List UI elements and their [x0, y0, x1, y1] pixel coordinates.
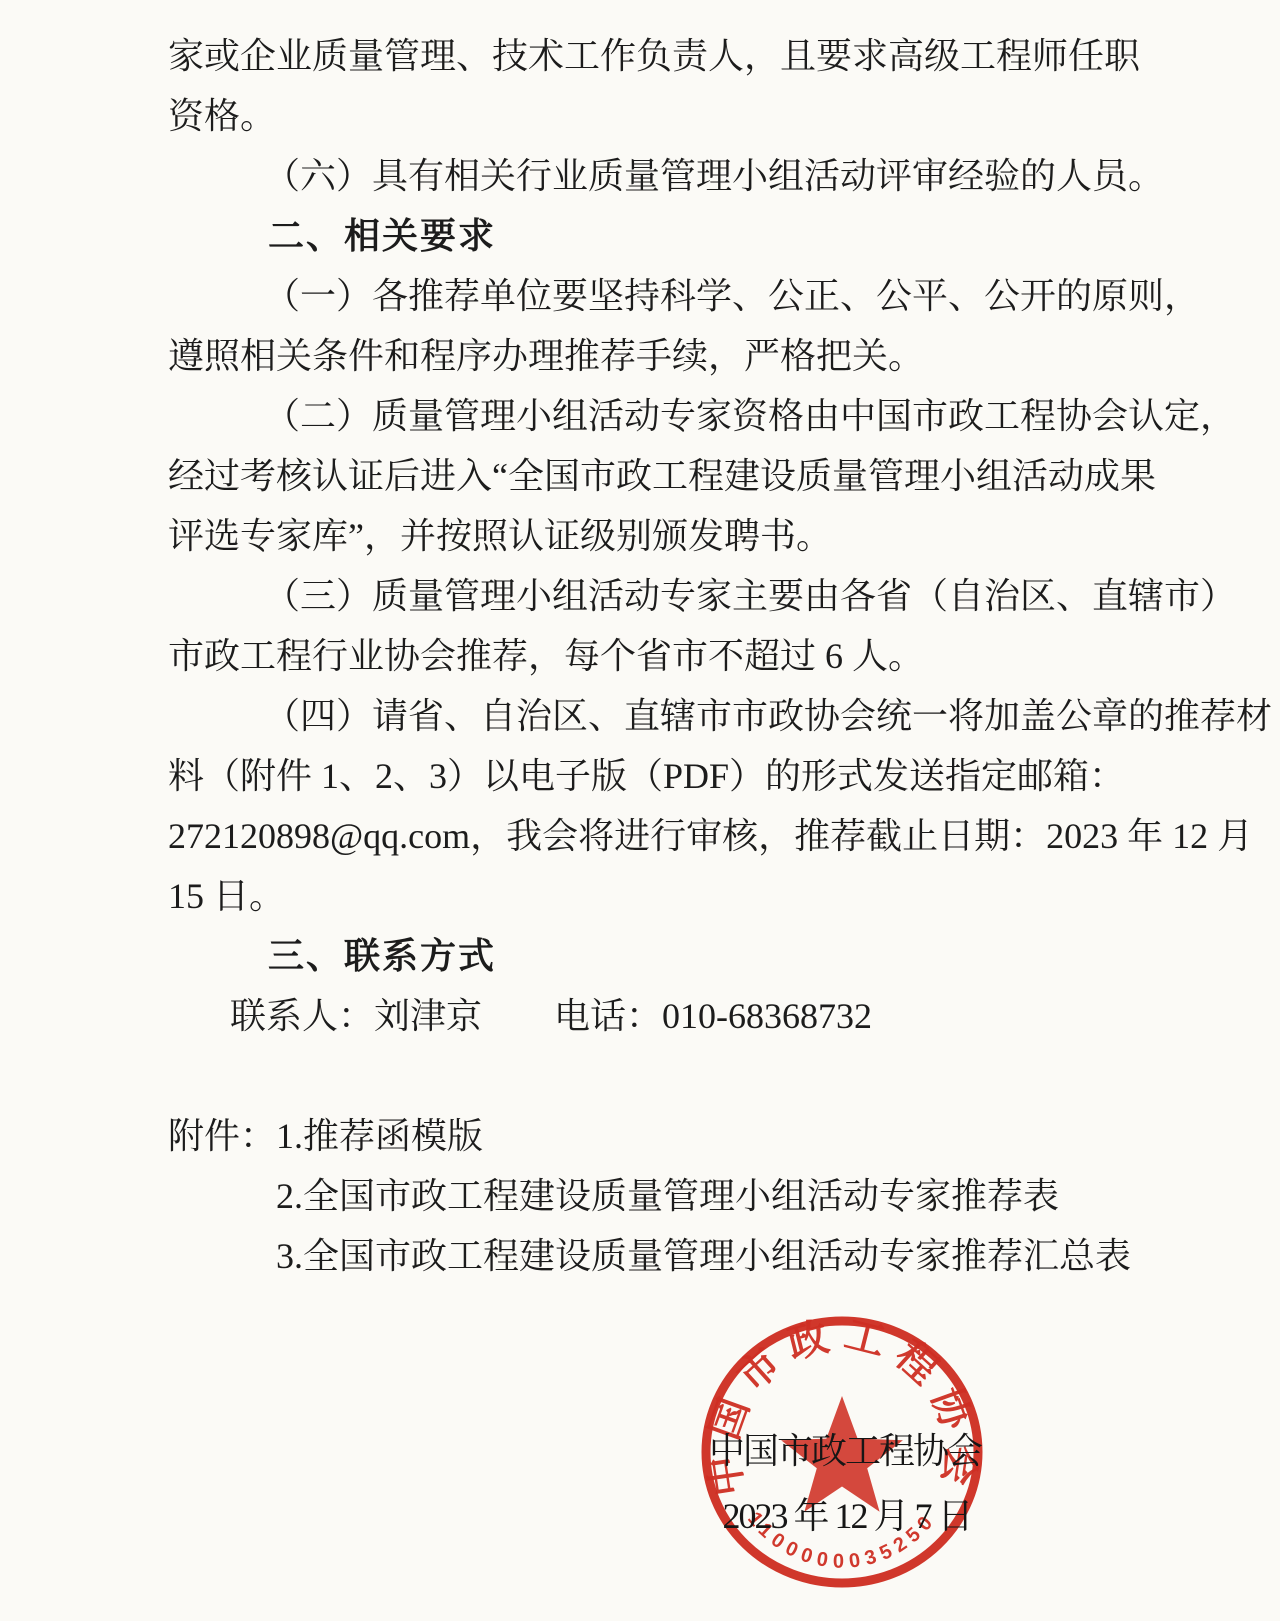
- body-line: （三）质量管理小组活动专家主要由各省（自治区、直辖市）: [168, 566, 1240, 626]
- body-line: （四）请省、自治区、直辖市市政协会统一将加盖公章的推荐材: [168, 686, 1240, 746]
- body-line: 遵照相关条件和程序办理推荐手续，严格把关。: [168, 326, 1240, 386]
- attachment-item-line: 3.全国市政工程建设质量管理小组活动专家推荐汇总表: [168, 1226, 1240, 1286]
- attachments-label-line: 附件：1.推荐函模版: [168, 1106, 1240, 1166]
- attachment-item-line: 2.全国市政工程建设质量管理小组活动专家推荐表: [168, 1166, 1240, 1226]
- body-line: 资格。: [168, 86, 1240, 146]
- body-line-email: 272120898@qq.com，我会将进行审核，推荐截止日期：2023 年 1…: [168, 806, 1240, 866]
- body-line: 15 日。: [168, 866, 1240, 926]
- body-line: 市政工程行业协会推荐，每个省市不超过 6 人。: [168, 626, 1240, 686]
- body-line: 家或企业质量管理、技术工作负责人，且要求高级工程师任职: [168, 26, 1240, 86]
- section-heading-requirements: 二、相关要求: [168, 206, 1240, 266]
- body-line: （二）质量管理小组活动专家资格由中国市政工程协会认定，: [168, 386, 1240, 446]
- body-line: 经过考核认证后进入“全国市政工程建设质量管理小组活动成果: [168, 446, 1240, 506]
- signature-date: 2023 年 12 月 7 日: [722, 1488, 971, 1539]
- section-heading-contact: 三、联系方式: [168, 926, 1240, 986]
- body-line: 料（附件 1、2、3）以电子版（PDF）的形式发送指定邮箱：: [168, 746, 1240, 806]
- body-line: （六）具有相关行业质量管理小组活动评审经验的人员。: [168, 146, 1240, 206]
- document-text-block: 家或企业质量管理、技术工作负责人，且要求高级工程师任职 资格。 （六）具有相关行…: [168, 26, 1240, 1286]
- signature-organization: 中国市政工程协会: [709, 1423, 981, 1474]
- scanned-document-page: 家或企业质量管理、技术工作负责人，且要求高级工程师任职 资格。 （六）具有相关行…: [0, 0, 1280, 1621]
- body-line: 评选专家库”，并按照认证级别颁发聘书。: [168, 506, 1240, 566]
- body-line: （一）各推荐单位要坚持科学、公正、公平、公开的原则，: [168, 266, 1240, 326]
- contact-line: 联系人：刘津京 电话：010-68368732: [168, 986, 1240, 1046]
